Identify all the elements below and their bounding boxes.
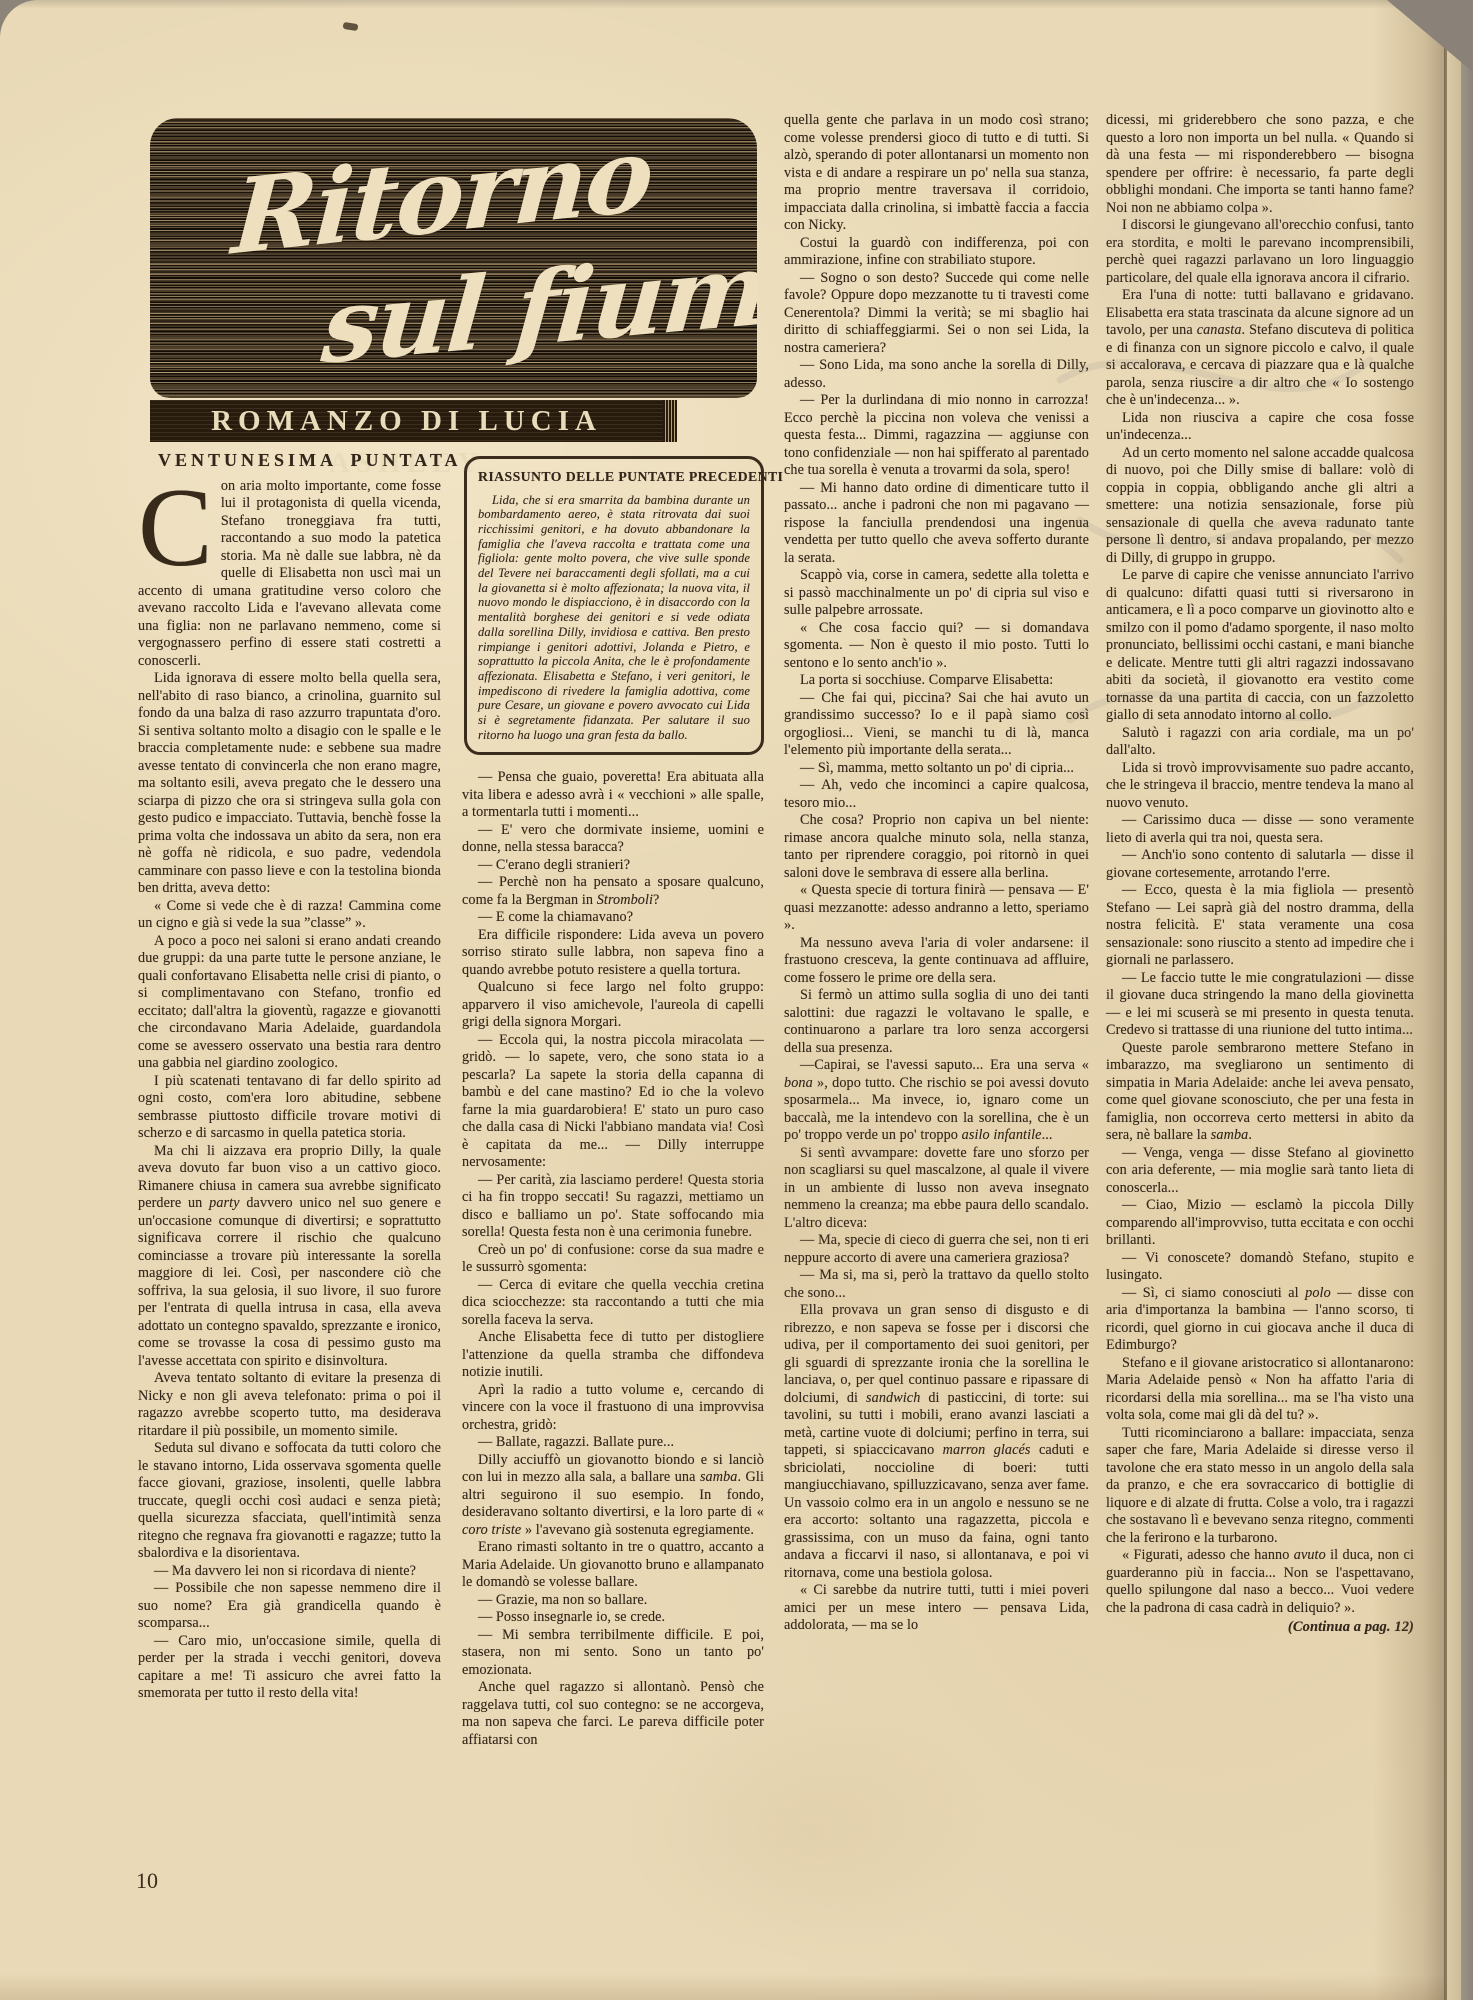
paper-stain	[620, 1700, 1000, 1960]
paragraph: Lida si trovò improvvisamente suo padre …	[1106, 760, 1414, 813]
paragraph: Tutti ricominciarono a ballare: impaccia…	[1106, 1425, 1414, 1548]
paragraph: Che cosa? Proprio non capiva un bel nien…	[784, 812, 1089, 882]
scanner-edge-strip	[1447, 0, 1473, 2000]
scanned-magazine-page: Ritorno sul fiume ROMANZO DI LUCIA ASHLE…	[0, 0, 1473, 2000]
paragraph: — Possibile che non sapesse nemmeno dire…	[138, 1580, 441, 1633]
paragraph: — Pensa che guaio, poveretta! Era abitua…	[462, 769, 764, 822]
paragraph: La porta si socchiuse. Comparve Elisabet…	[784, 672, 1089, 690]
continued-note: (Continua a pag. 12)	[1106, 1619, 1414, 1637]
paragraph: « Come si vede che è di razza! Cammina c…	[138, 898, 441, 933]
banner-stripe-ornament	[663, 400, 677, 442]
paragraph: Aveva tentato soltanto di evitare la pre…	[138, 1370, 441, 1440]
folded-corner	[1387, 0, 1473, 72]
paper-stain	[1050, 120, 1390, 380]
paragraph: — Sì, mamma, metto soltanto un po' di ci…	[784, 760, 1089, 778]
paragraph: — E come la chiamavano?	[462, 909, 764, 927]
paragraph: Lida non riusciva a capire che cosa foss…	[1106, 410, 1414, 445]
paragraph: — Vi conoscete? domandò Stefano, stupito…	[1106, 1250, 1414, 1285]
column-1-paragraphs: Lida ignorava di essere molto bella quel…	[138, 670, 441, 1703]
paragraph: « Figurati, adesso che hanno avuto il du…	[1106, 1547, 1414, 1617]
paragraph: — Ah, vedo che incominci a capire qualco…	[784, 777, 1089, 812]
paragraph: Erano rimasti soltanto in tre o quattro,…	[462, 1539, 764, 1592]
paragraph: — Che fai qui, piccina? Sai che hai avut…	[784, 690, 1089, 760]
paragraph: Stefano e il giovane aristocratico si al…	[1106, 1355, 1414, 1425]
paragraph: « Ci sarebbe da nutrire tutti, tutti i m…	[784, 1582, 1089, 1635]
paragraph: Queste parole sembrarono mettere Stefano…	[1106, 1040, 1414, 1145]
paragraph: A poco a poco nei saloni si erano andati…	[138, 933, 441, 1073]
paragraph: I più scatenati tentavano di far dello s…	[138, 1073, 441, 1143]
paragraph: — Anch'io sono contento di salutarla — d…	[1106, 847, 1414, 882]
lead-paragraph: Con aria molto importante, come fosse lu…	[138, 478, 441, 671]
paragraph: Seduta sul divano e soffocata da tutti c…	[138, 1440, 441, 1563]
paragraph: Lida ignorava di essere molto bella quel…	[138, 670, 441, 898]
paragraph: — Ciao, Mizio — esclamò la piccola Dilly…	[1106, 1197, 1414, 1250]
paragraph: « Questa specie di tortura finirà — pens…	[784, 882, 1089, 935]
page-number: 10	[136, 1868, 158, 1894]
paragraph: — Ma davvero lei non si ricordava di nie…	[138, 1563, 441, 1581]
author-banner: ROMANZO DI LUCIA ASHLEY	[150, 400, 663, 442]
paper-stain	[520, 1000, 980, 1440]
paragraph: — Sogno o son desto? Succede qui come ne…	[784, 270, 1089, 358]
paragraph: — Carissimo duca — disse — sono verament…	[1106, 812, 1414, 847]
paragraph: quella gente che parlava in un modo così…	[784, 112, 1089, 235]
recap-box: RIASSUNTO DELLE PUNTATE PRECEDENTI Lida,…	[464, 456, 764, 755]
paragraph: — E' vero che dormivate insieme, uomini …	[462, 822, 764, 857]
paragraph: Dilly acciuffò un giovanotto biondo e si…	[462, 1452, 764, 1540]
paragraph: — Mi sembra terribilmente difficile. E p…	[462, 1627, 764, 1680]
installment-heading: VENTUNESIMA PUNTATA	[158, 452, 441, 470]
drop-cap: C	[138, 478, 221, 574]
paragraph: — Posso insegnarle io, se crede.	[462, 1609, 764, 1627]
paragraph: « Che cosa faccio qui? — si domandava sg…	[784, 620, 1089, 673]
recap-box-title: RIASSUNTO DELLE PUNTATE PRECEDENTI	[478, 468, 750, 486]
text-column-1: VENTUNESIMA PUNTATA Con aria molto impor…	[138, 452, 441, 1703]
paragraph: — Mi hanno dato ordine di dimenticare tu…	[784, 480, 1089, 568]
paragraph: Era difficile rispondere: Lida aveva un …	[462, 927, 764, 980]
paragraph: — Caro mio, un'occasione simile, quella …	[138, 1633, 441, 1703]
paragraph: — Sì, ci siamo conosciuti al polo — diss…	[1106, 1285, 1414, 1355]
paper-sheet: Ritorno sul fiume ROMANZO DI LUCIA ASHLE…	[0, 0, 1473, 2000]
paragraph: — Per la durlindana di mio nonno in carr…	[784, 392, 1089, 480]
paragraph: Le parve di capire che venisse annunciat…	[1106, 567, 1414, 725]
paragraph: — Perchè non ha pensato a sposare qualcu…	[462, 874, 764, 909]
paragraph: — C'erano degli stranieri?	[462, 857, 764, 875]
paragraph: — Grazie, ma non so ballare.	[462, 1592, 764, 1610]
paragraph: Costui la guardò con indifferenza, poi c…	[784, 235, 1089, 270]
page-curl-shadow	[1373, 0, 1445, 2000]
paragraph: Salutò i ragazzi con aria cordiale, ma u…	[1106, 725, 1414, 760]
paragraph: — Sono Lida, ma sono anche la sorella di…	[784, 357, 1089, 392]
ink-speck-artifact	[343, 22, 359, 31]
paragraph: — Le faccio tutte le mie congratulazioni…	[1106, 970, 1414, 1040]
paragraph: Scappò via, corse in camera, sedette all…	[784, 567, 1089, 620]
paragraph: Ad un certo momento nel salone accadde q…	[1106, 445, 1414, 568]
paragraph: Ma nessuno aveva l'aria di voler andarse…	[784, 935, 1089, 988]
paragraph: Ma chi li aizzava era proprio Dilly, la …	[138, 1143, 441, 1371]
story-title-graphic: Ritorno sul fiume	[150, 118, 757, 398]
paragraph: — Venga, venga — disse Stefano al giovin…	[1106, 1145, 1414, 1198]
paragraph: — Ecco, questa è la mia figliola — prese…	[1106, 882, 1414, 970]
recap-box-body: Lida, che si era smarrita da bambina dur…	[478, 493, 750, 743]
